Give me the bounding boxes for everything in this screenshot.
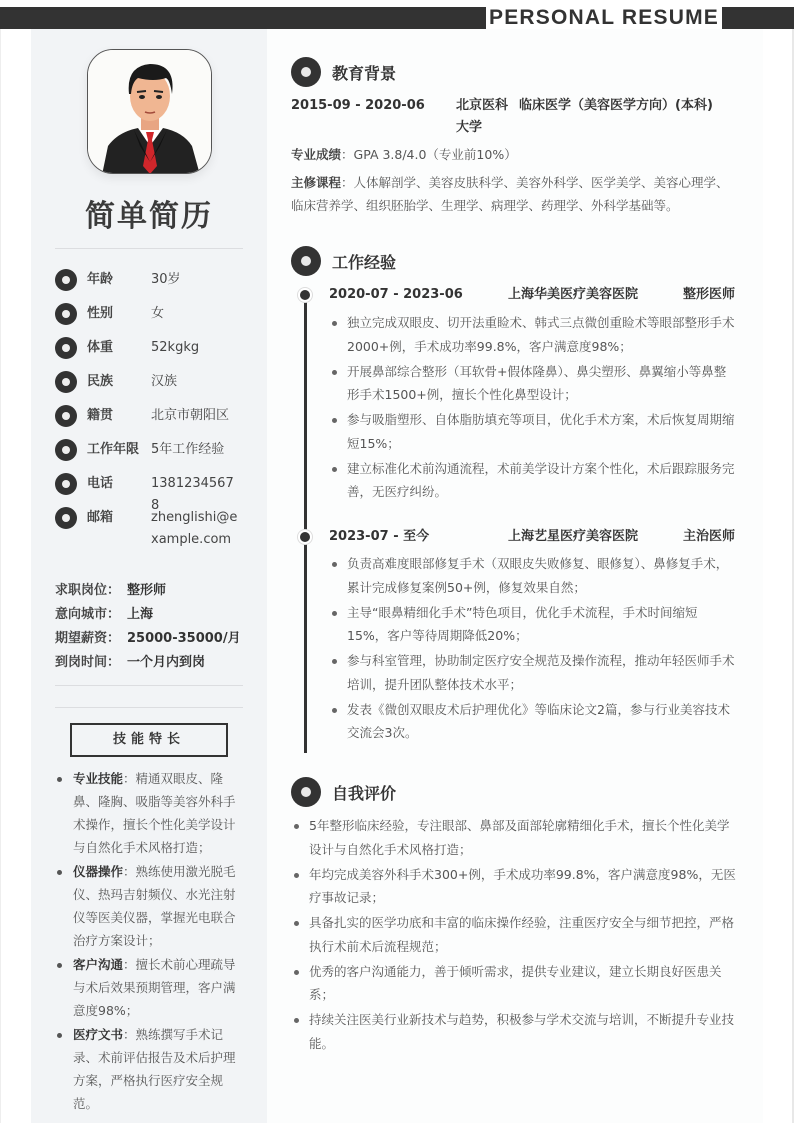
job-intent-list: 求职岗位： 整形师 意向城市： 上海 期望薪资： 25000-35000/月 到… (55, 579, 241, 675)
gpa-value: ：GPA 3.8/4.0（专业前10%） (341, 147, 517, 162)
bullet-circle-icon (55, 371, 77, 393)
courses-label: 主修课程 (291, 175, 341, 190)
section-self-eval-header: 自我评价 (291, 777, 396, 807)
header-bar: PERSONAL RESUME (0, 7, 794, 29)
job-bullets: 独立完成双眼皮、切开法重睑术、韩式三点微创重睑术等眼部整形手术2000+例，手术… (329, 311, 735, 505)
job-bullet: 建立标准化术前沟通流程，术前美学设计方案个性化，术后跟踪服务完善，无医疗纠纷。 (329, 457, 735, 504)
job-bullet: 主导“眼鼻精细化手术”特色项目，优化手术流程，手术时间缩短15%，客户等待周期降… (329, 601, 735, 648)
skill-item: 仪器操作：熟练使用激光脱毛仪、热玛吉射频仪、水光注射仪等医美仪器，掌握光电联合治… (55, 860, 245, 952)
info-label: 年龄 (77, 269, 151, 291)
skill-key: 医疗文书 (73, 1027, 123, 1042)
bullet-circle-icon (55, 439, 77, 461)
skills-list: 专业技能：精通双眼皮、隆鼻、隆胸、吸脂等美容外科手术操作，擅长个性化美学设计与自… (55, 767, 245, 1116)
job-bullet: 参与科室管理，协助制定医疗安全规范及操作流程，推动年轻医师手术培训，提升团队整体… (329, 649, 735, 696)
education-date: 2015-09 - 2020-06 (291, 95, 425, 117)
main-content: 教育背景 2015-09 - 2020-06 北京医科大学 临床医学（美容医学方… (267, 29, 763, 1123)
personal-info-list: 年龄 30岁 性别 女 体重 52kgkg 民族 汉族 籍贯 北京市朝阳区 工作… (55, 269, 255, 559)
job-company: 上海华美医疗美容医院 (508, 285, 638, 305)
bullet-circle-icon (55, 473, 77, 495)
section-title: 工作经验 (332, 250, 396, 273)
header-bar-left (0, 7, 486, 29)
divider (55, 685, 243, 686)
job-bullets: 负责高难度眼部修复手术（双眼皮失败修复、眼修复）、鼻修复手术，累计完成修复案例5… (329, 552, 735, 746)
self-eval-item: 持续关注医美行业新技术与趋势，积极参与学术交流与培训，不断提升专业技能。 (291, 1008, 741, 1055)
bullet-circle-icon (55, 269, 77, 291)
self-eval-item: 年均完成美容外科手术300+例，手术成功率99.8%，客户满意度98%，无医疗事… (291, 863, 741, 910)
job-bullet: 发表《微创双眼皮术后护理优化》等临床论文2篇，参与行业美容技术交流会3次。 (329, 698, 735, 745)
education-major: 临床医学（美容医学方向）(本科) (519, 95, 713, 117)
job-intent-value: 上海 (127, 603, 153, 627)
job-bullet: 开展鼻部综合整形（耳软骨+假体隆鼻）、鼻尖塑形、鼻翼缩小等鼻整形手术1500+例… (329, 360, 735, 407)
page-title: PERSONAL RESUME (486, 5, 722, 31)
info-row-age: 年龄 30岁 (55, 269, 255, 303)
section-title: 自我评价 (332, 781, 396, 804)
job-role: 主治医师 (683, 527, 735, 547)
job-company: 上海艺星医疗美容医院 (508, 527, 638, 547)
job-intent-salary: 期望薪资： 25000-35000/月 (55, 627, 241, 651)
timeline-line (304, 296, 307, 753)
job-date: 2020-07 - 2023-06 (329, 285, 463, 305)
bullet-circle-icon (55, 405, 77, 427)
skills-title: 技能特长 (70, 723, 228, 757)
job-role: 整形医师 (683, 285, 735, 305)
skill-key: 专业技能 (73, 771, 123, 786)
info-row-hometown: 籍贯 北京市朝阳区 (55, 405, 255, 439)
skill-item: 客户沟通：擅长术前心理疏导与术后效果预期管理，客户满意度98%； (55, 953, 245, 1022)
bullet-circle-icon (55, 303, 77, 325)
courses-value: ：人体解剖学、美容皮肤科学、美容外科学、医学美学、美容心理学、临床营养学、组织胚… (291, 175, 729, 213)
bullet-circle-icon (55, 507, 77, 529)
job-intent-label: 期望薪资： (55, 627, 127, 651)
info-label: 性别 (77, 303, 151, 325)
job-bullet: 参与吸脂塑形、自体脂肪填充等项目，优化手术方案，术后恢复周期缩短15%； (329, 408, 735, 455)
info-label: 体重 (77, 337, 151, 359)
sidebar: 简单简历 年龄 30岁 性别 女 体重 52kgkg 民族 汉族 籍贯 北京市朝… (31, 29, 267, 1123)
resume-name: 简单简历 (31, 191, 267, 235)
divider (55, 248, 243, 249)
info-label: 工作年限 (77, 439, 151, 461)
info-value: 汉族 (151, 371, 241, 393)
section-circle-icon (291, 57, 321, 87)
info-row-ethnicity: 民族 汉族 (55, 371, 255, 405)
job-intent-position: 求职岗位： 整形师 (55, 579, 241, 603)
job-intent-city: 意向城市： 上海 (55, 603, 241, 627)
education-school: 北京医科大学 (456, 95, 508, 139)
job-date: 2023-07 - 至今 (329, 527, 429, 547)
info-value: 5年工作经验 (151, 439, 241, 461)
education-courses: 主修课程：人体解剖学、美容皮肤科学、美容外科学、医学美学、美容心理学、临床营养学… (291, 171, 731, 217)
info-label: 籍贯 (77, 405, 151, 427)
job-bullet: 独立完成双眼皮、切开法重睑术、韩式三点微创重睑术等眼部整形手术2000+例，手术… (329, 311, 735, 358)
info-label: 电话 (77, 473, 151, 495)
section-education-header: 教育背景 (291, 57, 396, 87)
avatar (87, 49, 212, 174)
timeline-dot-icon (298, 530, 312, 544)
education-gpa: 专业成绩：GPA 3.8/4.0（专业前10%） (291, 143, 731, 166)
skill-item: 专业技能：精通双眼皮、隆鼻、隆胸、吸脂等美容外科手术操作，擅长个性化美学设计与自… (55, 767, 245, 859)
info-value-email: zhenglishi@example.com (151, 507, 241, 551)
job-intent-start: 到岗时间： 一个月内到岗 (55, 651, 241, 675)
info-row-experience-years: 工作年限 5年工作经验 (55, 439, 255, 473)
info-row-phone: 电话 13812345678 (55, 473, 255, 507)
info-row-weight: 体重 52kgkg (55, 337, 255, 371)
section-title: 教育背景 (332, 61, 396, 84)
info-value: 30岁 (151, 269, 241, 291)
info-label: 邮箱 (77, 507, 151, 529)
self-eval-item: 5年整形临床经验，专注眼部、鼻部及面部轮廓精细化手术，擅长个性化美学设计与自然化… (291, 814, 741, 861)
info-value: 52kgkg (151, 337, 241, 359)
job-intent-label: 意向城市： (55, 603, 127, 627)
skill-item: 医疗文书：熟练撰写手术记录、术前评估报告及术后护理方案，严格执行医疗安全规范。 (55, 1023, 245, 1115)
job-intent-label: 求职岗位： (55, 579, 127, 603)
job-intent-value: 整形师 (127, 579, 166, 603)
gpa-label: 专业成绩 (291, 147, 341, 162)
info-row-gender: 性别 女 (55, 303, 255, 337)
job-intent-label: 到岗时间： (55, 651, 127, 675)
self-eval-item: 具备扎实的医学功底和丰富的临床操作经验，注重医疗安全与细节把控，严格执行术前术后… (291, 911, 741, 958)
section-circle-icon (291, 777, 321, 807)
job-intent-value: 一个月内到岗 (127, 651, 205, 675)
avatar-portrait-icon (88, 50, 212, 174)
info-row-email: 邮箱 zhenglishi@example.com (55, 507, 255, 559)
bullet-circle-icon (55, 337, 77, 359)
section-work-header: 工作经验 (291, 246, 396, 276)
skill-key: 仪器操作 (73, 864, 123, 879)
skill-key: 客户沟通 (73, 957, 123, 972)
job-intent-value: 25000-35000/月 (127, 627, 241, 651)
info-value: 北京市朝阳区 (151, 405, 241, 427)
info-label: 民族 (77, 371, 151, 393)
header-bar-right (722, 7, 794, 29)
self-eval-list: 5年整形临床经验，专注眼部、鼻部及面部轮廓精细化手术，擅长个性化美学设计与自然化… (291, 814, 741, 1057)
self-eval-item: 优秀的客户沟通能力，善于倾听需求，提供专业建议，建立长期良好医患关系； (291, 960, 741, 1007)
info-value: 女 (151, 303, 241, 325)
divider (55, 707, 243, 708)
timeline-dot-icon (298, 288, 312, 302)
section-circle-icon (291, 246, 321, 276)
job-bullet: 负责高难度眼部修复手术（双眼皮失败修复、眼修复）、鼻修复手术，累计完成修复案例5… (329, 552, 735, 599)
page-left-edge (0, 29, 1, 1123)
